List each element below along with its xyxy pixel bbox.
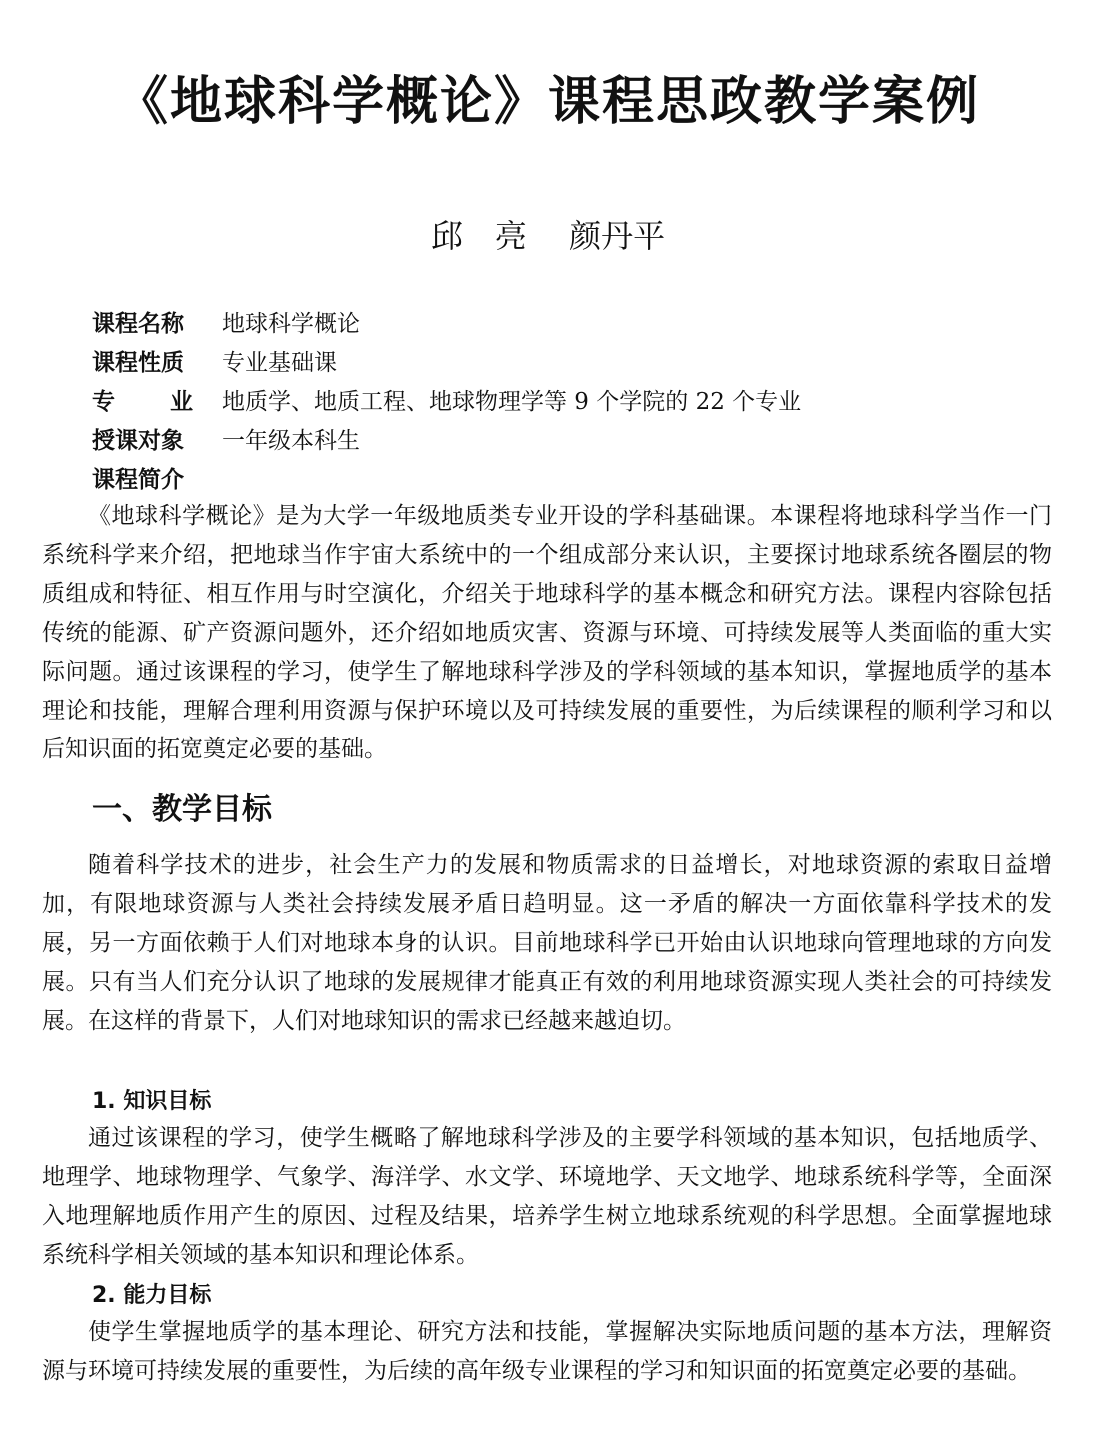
- course-type-label: 课程性质: [92, 344, 222, 377]
- course-info-row: 课程简介: [92, 458, 801, 497]
- course-info-list: 课程名称 地球科学概论 课程性质 专业基础课 专 业 地质学、地质工程、地球物理…: [92, 302, 801, 497]
- major-value: 地质学、地质工程、地球物理学等 9 个学院的 22 个专业: [222, 383, 801, 416]
- audience-value: 一年级本科生: [222, 422, 360, 455]
- author-list: 邱 亮 颜丹平: [0, 214, 1096, 258]
- course-type-value: 专业基础课: [222, 344, 337, 377]
- course-info-row: 授课对象 一年级本科生: [92, 419, 801, 458]
- author-name: 颜丹平: [569, 217, 665, 255]
- course-info-row: 课程名称 地球科学概论: [92, 302, 801, 341]
- course-name-label: 课程名称: [92, 305, 222, 338]
- section-heading: 一、教学目标: [92, 784, 272, 828]
- course-intro-label: 课程简介: [92, 461, 222, 494]
- course-intro-paragraph: 《地球科学概论》是为大学一年级地质类专业开设的学科基础课。本课程将地球科学当作一…: [42, 497, 1052, 769]
- course-info-row: 专 业 地质学、地质工程、地球物理学等 9 个学院的 22 个专业: [92, 380, 801, 419]
- major-label-part: 业: [170, 383, 193, 416]
- subsection-paragraph: 通过该课程的学习，使学生概略了解地球科学涉及的主要学科领域的基本知识，包括地质学…: [42, 1119, 1052, 1275]
- subsection-heading: 1. 知识目标: [92, 1084, 211, 1115]
- major-label-part: 专: [92, 383, 115, 416]
- audience-label: 授课对象: [92, 422, 222, 455]
- author-name: 邱 亮: [431, 217, 527, 255]
- section-paragraph: 随着科学技术的进步，社会生产力的发展和物质需求的日益增长，对地球资源的索取日益增…: [42, 846, 1052, 1041]
- subsection-heading: 2. 能力目标: [92, 1278, 211, 1309]
- subsection-paragraph: 使学生掌握地质学的基本理论、研究方法和技能，掌握解决实际地质问题的基本方法，理解…: [42, 1313, 1052, 1391]
- document-title: 《地球科学概论》课程思政教学案例: [0, 70, 1096, 134]
- course-info-row: 课程性质 专业基础课: [92, 341, 801, 380]
- major-label: 专 业: [92, 383, 193, 416]
- course-name-value: 地球科学概论: [222, 305, 360, 338]
